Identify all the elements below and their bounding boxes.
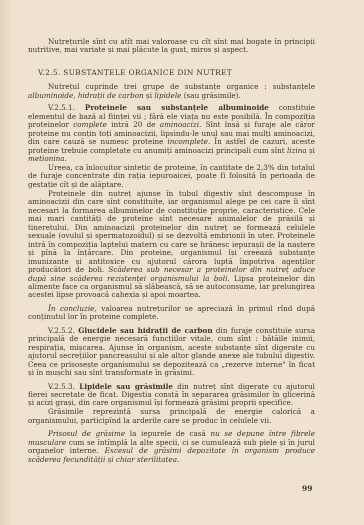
fat-energy-paragraph: Grăsimile reprezintă sursa principală de… [28, 408, 315, 425]
section-heading: V.2.5. SUBSTANȚELE ORGANICE DIN NUTREȚ [28, 69, 315, 77]
carbs-paragraph: V.2.5.2. Glucidele sau hidrații de carbo… [28, 327, 315, 378]
urea-paragraph: Ureea, ca înlocuitor sintetic de protein… [28, 164, 315, 189]
conclusion-paragraph: În concluzie, valoarea nutrețurilor se a… [28, 305, 315, 322]
digestion-paragraph: Proteinele din nutreț ajunse în tubul di… [28, 190, 315, 300]
page-number: 99 [302, 484, 312, 493]
page-body: Nutrețurile sînt cu atît mai valoroase c… [28, 38, 315, 464]
excess-fat-paragraph: Prisosul de grăsime la iepurele de casă … [28, 430, 315, 464]
proteins-paragraph: V.2.5.1. Proteinele sau substanțele albu… [28, 104, 315, 163]
page-edge-shadow [0, 0, 12, 525]
section-intro-paragraph: Nutrețul cuprinde trei grupe de substanț… [28, 83, 315, 100]
intro-paragraph: Nutrețurile sînt cu atît mai valoroase c… [28, 38, 315, 55]
lipids-paragraph: V.2.5.3. Lipidele sau grăsimile din nutr… [28, 383, 315, 408]
